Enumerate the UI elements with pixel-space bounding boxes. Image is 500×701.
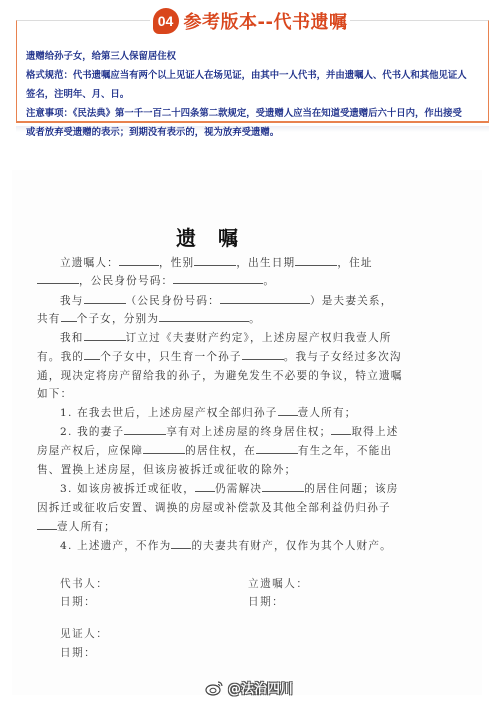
doc-line-6: 有。我的个子女中，只生育一个孙子。我与子女经过多次沟	[37, 349, 402, 364]
blank-field[interactable]	[84, 293, 126, 304]
card-subtitle: 遗赠给孙子女，给第三人保留居住权	[26, 47, 478, 66]
testator-date-label: 日期：	[248, 594, 284, 609]
clause-2: 2. 我的妻子享有对上述房屋的终身居住权；取得上述	[60, 424, 399, 439]
blank-field[interactable]	[119, 255, 159, 266]
blank-field[interactable]	[331, 424, 351, 435]
weibo-watermark: @法治四川	[205, 678, 293, 697]
clause-2-cont2: 售、置换上述房屋，但该房被拆迁或征收的除外；	[37, 462, 296, 477]
notice-text-cont: 或者放弃受遗赠的表示；到期没有表示的，视为放弃受遗赠。	[26, 123, 478, 142]
doc-line-8: 如下：	[37, 386, 72, 401]
witness-date-label: 日期：	[60, 645, 96, 660]
watermark-text: @法治四川	[228, 678, 293, 697]
blank-field[interactable]	[159, 311, 249, 322]
blank-field[interactable]	[37, 519, 57, 530]
blank-field[interactable]	[195, 481, 215, 492]
blank-field[interactable]	[242, 349, 284, 360]
card-title: 参考版本--代书遗嘱	[184, 8, 348, 34]
doc-line-3: 我与（公民身份号码：）是夫妻关系，	[60, 293, 393, 308]
card-body: 遗赠给孙子女，给第三人保留居住权 格式规范：代书遗嘱应当有两个以上见证人在场见证…	[26, 47, 478, 142]
doc-line-2: ，公民身份号码：。	[37, 273, 275, 288]
blank-field[interactable]	[220, 293, 310, 304]
blank-field[interactable]	[84, 349, 100, 360]
blank-field[interactable]	[61, 311, 77, 322]
clause-3-cont: 因拆迁或征收后安置、调换的房屋或补偿款及其他全部利益仍归孙子	[37, 500, 391, 515]
witness-label: 见证人：	[60, 626, 108, 641]
format-rule-text-cont: 签名，注明年、月、日。	[26, 85, 478, 104]
card-header: 04 参考版本--代书遗嘱	[150, 6, 350, 36]
blank-field[interactable]	[84, 330, 126, 341]
blank-field[interactable]	[37, 273, 79, 284]
blank-field[interactable]	[171, 538, 191, 549]
blank-field[interactable]	[256, 443, 298, 454]
clause-4: 4. 上述遗产，不作为的夫妻共有财产，仅作为其个人财产。	[60, 538, 392, 553]
scribe-date-label: 日期：	[60, 594, 96, 609]
notice-text: 注意事项：《民法典》第一千一百二十四条第二款规定，受遗赠人应当在知道受遗赠后六十…	[26, 104, 478, 123]
blank-field[interactable]	[124, 424, 166, 435]
blank-field[interactable]	[173, 273, 263, 284]
testator-label: 立遗嘱人：	[248, 576, 308, 591]
weibo-icon	[205, 680, 225, 696]
clause-1: 1. 在我去世后，上述房屋产权全部归孙子壹人所有；	[60, 405, 357, 420]
doc-line-4: 共有个子女，分别为。	[37, 311, 261, 326]
blank-field[interactable]	[143, 443, 185, 454]
clause-2-cont: 房屋产权后，应保障的居住权，在有生之年，不能出	[37, 443, 392, 458]
scribe-label: 代书人：	[60, 576, 108, 591]
document-title: 遗嘱	[176, 222, 260, 251]
blank-field[interactable]	[295, 255, 337, 266]
blank-field[interactable]	[194, 255, 236, 266]
clause-3: 3. 如该房被拆迁或征收，仍需解决的居住问题；该房	[60, 481, 399, 496]
format-rule-text: 格式规范：代书遗嘱应当有两个以上见证人在场见证，由其中一人代书，并由遗嘱人、代书…	[26, 66, 478, 85]
section-number-badge: 04	[153, 8, 179, 34]
doc-line-5: 我和订立过《夫妻财产约定》，上述房屋产权归我壹人所	[60, 330, 392, 345]
blank-field[interactable]	[262, 481, 304, 492]
clause-3-cont2: 壹人所有；	[37, 519, 116, 534]
doc-line-1: 立遗嘱人：，性别，出生日期，住址	[60, 255, 373, 270]
doc-line-7: 通，现决定将房产留给我的孙子，为避免发生不必要的争议，特立遗嘱	[37, 368, 403, 383]
blank-field[interactable]	[278, 405, 298, 416]
